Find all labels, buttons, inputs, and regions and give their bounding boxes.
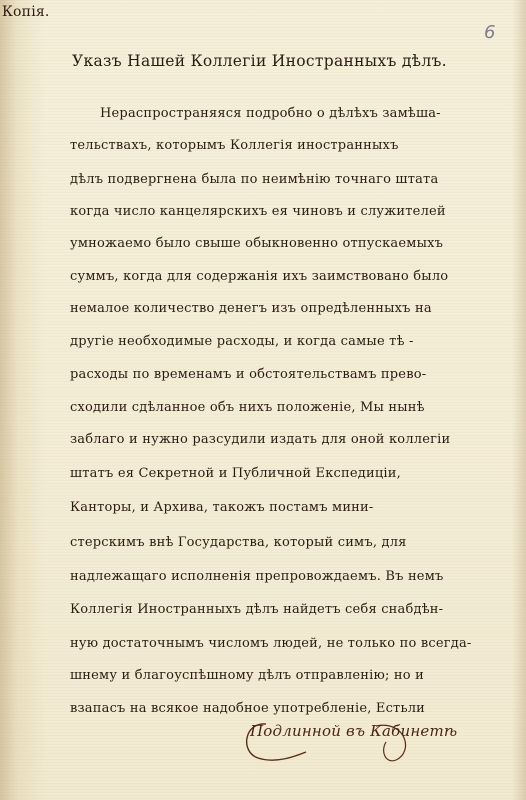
text-line: Нераспространяяся подробно о дѣлѣхъ замѣ… [100,106,441,121]
text-line: когда число канцелярскихъ ея чиновъ и сл… [70,204,446,219]
text-line: сходили сдѣланное объ нихъ положеніе, Мы… [70,400,425,415]
copy-label: Копія. [2,4,50,20]
text-line: умножаемо было свыше обыкновенно отпуска… [70,236,443,251]
text-line: тельствахъ, которымъ Коллегія иностранны… [70,138,399,153]
text-line: штатъ ея Секретной и Публичной Експедиці… [70,466,401,481]
folio-number: 6 [484,22,496,43]
text-line: шнему и благоуспѣшному дѣлъ отправленію;… [70,668,424,683]
text-line: стерскимъ внѣ Государства, который симъ,… [70,535,407,550]
text-line: другіе необходимые расходы, и когда самы… [70,334,414,349]
text-line: Коллегія Иностранныхъ дѣлъ найдетъ себя … [70,602,443,617]
document-title: Указъ Нашей Коллегіи Иностранныхъ дѣлъ. [72,52,447,70]
text-line: дѣлъ подвергнена была по неимѣнію точнаг… [70,172,438,187]
text-line: расходы по временамъ и обстоятельствамъ … [70,367,426,382]
text-line: немалое количество денегъ изъ опредѣленн… [70,301,432,316]
manuscript-page: Копія. 6 Указъ Нашей Коллегіи Иностранны… [0,0,526,800]
text-line: суммъ, когда для содержанія ихъ заимство… [70,269,448,284]
text-line: Канторы, и Архива, такожъ постамъ мини- [70,500,374,515]
signature-flourish-icon [236,712,416,768]
text-line: надлежащаго исполненія препровождаемъ. В… [70,569,444,584]
signature-note: Подлинной въ Кабинетѣ [250,722,457,740]
text-line: ную достаточнымъ числомъ людей, не тольк… [70,636,472,651]
text-line: заблаго и нужно разсудили издать для оно… [70,432,450,447]
